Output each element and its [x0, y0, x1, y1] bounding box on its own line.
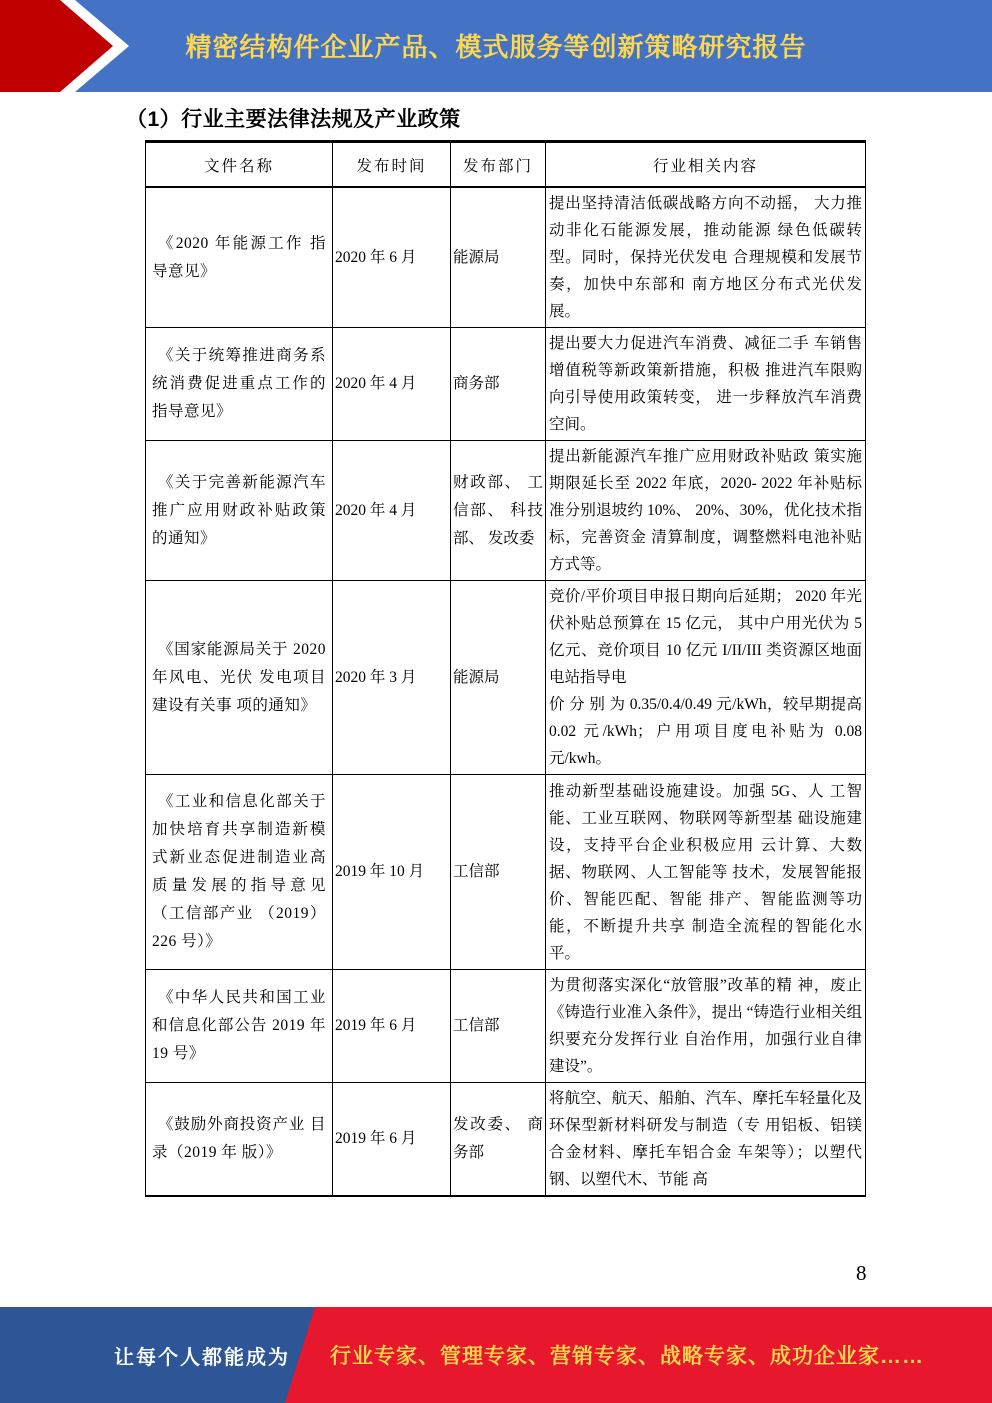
table-row: 《国家能源局关于 2020 年风电、光伏 发电项目建设有关事 项的通知》 202… — [146, 581, 866, 775]
document-name-cell: 《关于完善新能源汽车推广应用财政补贴政策的通知》 — [146, 441, 333, 581]
industry-content-cell: 推动新型基础设施建设。加强 5G、人 工智能、工业互联网、物联网等新型基 础设施… — [546, 775, 866, 970]
policy-table: 文件名称 发布时间 发布部门 行业相关内容 《2020 年能源工作 指导意见》 … — [145, 140, 866, 1197]
document-name-cell: 《鼓励外商投资产业 目录（2019 年 版）》 — [146, 1083, 333, 1197]
table-row: 《鼓励外商投资产业 目录（2019 年 版）》 2019 年 6 月 发改委、 … — [146, 1083, 866, 1197]
publish-dept-cell: 工信部 — [451, 775, 546, 970]
publish-dept-cell: 财政部、 工信部、 科技部、 发改委 — [451, 441, 546, 581]
industry-content-cell: 为贯彻落实深化“放管服”改革的精 神，废止《铸造行业准入条件》，提出 “铸造行业… — [546, 970, 866, 1083]
industry-content-cell: 提出坚持清洁低碳战略方向不动摇， 大力推动非化石能源发展，推动能源 绿色低碳转型… — [546, 187, 866, 328]
column-header-publish-date: 发布时间 — [333, 142, 451, 188]
publish-date-cell: 2020 年 4 月 — [333, 328, 451, 441]
column-header-publish-dept: 发布部门 — [451, 142, 546, 188]
document-name-cell: 《国家能源局关于 2020 年风电、光伏 发电项目建设有关事 项的通知》 — [146, 581, 333, 775]
publish-dept-cell: 商务部 — [451, 328, 546, 441]
header-banner: 精密结构件企业产品、模式服务等创新策略研究报告 — [0, 0, 992, 92]
industry-content-cell: 提出要大力促进汽车消费、减征二手 车销售增值税等新政策新措施，积极 推进汽车限购… — [546, 328, 866, 441]
publish-date-cell: 2020 年 4 月 — [333, 441, 451, 581]
industry-content-cell: 将航空、航天、船舶、汽车、摩托车轻量化及环保型新材料研发与制造（专 用铝板、铝镁… — [546, 1083, 866, 1197]
publish-dept-cell: 工信部 — [451, 970, 546, 1083]
table-row: 《关于统筹推进商务系统消费促进重点工作的指导意见》 2020 年 4 月 商务部… — [146, 328, 866, 441]
table-header-row: 文件名称 发布时间 发布部门 行业相关内容 — [146, 142, 866, 188]
industry-content-cell: 竞价/平价项目申报日期向后延期； 2020 年光伏补贴总预算在 15 亿元， 其… — [546, 581, 866, 775]
publish-dept-cell: 发改委、 商务部 — [451, 1083, 546, 1197]
footer-experts-text: 行业专家、管理专家、营销专家、战略专家、成功企业家…… — [330, 1340, 924, 1370]
document-name-cell: 《关于统筹推进商务系统消费促进重点工作的指导意见》 — [146, 328, 333, 441]
publish-date-cell: 2019 年 6 月 — [333, 970, 451, 1083]
publish-date-cell: 2020 年 3 月 — [333, 581, 451, 775]
document-name-cell: 《中华人民共和国工业和信息化部公告 2019 年 19 号》 — [146, 970, 333, 1083]
industry-content-cell: 提出新能源汽车推广应用财政补贴政 策实施期限延长至 2022 年底，2020- … — [546, 441, 866, 581]
report-page: 精密结构件企业产品、模式服务等创新策略研究报告 （1）行业主要法律法规及产业政策… — [0, 0, 992, 1403]
publish-date-cell: 2020 年 6 月 — [333, 187, 451, 328]
publish-date-cell: 2019 年 6 月 — [333, 1083, 451, 1197]
column-header-document-name: 文件名称 — [146, 142, 333, 188]
table-row: 《2020 年能源工作 指导意见》 2020 年 6 月 能源局 提出坚持清洁低… — [146, 187, 866, 328]
footer-slogan: 让每个人都能成为 — [114, 1341, 290, 1370]
column-header-industry-content: 行业相关内容 — [546, 142, 866, 188]
table-row: 《工业和信息化部关于加快培育共享制造新模式新业态促进制造业高质量发展的指导意见（… — [146, 775, 866, 970]
table-row: 《中华人民共和国工业和信息化部公告 2019 年 19 号》 2019 年 6 … — [146, 970, 866, 1083]
section-heading: （1）行业主要法律法规及产业政策 — [126, 103, 461, 133]
publish-date-cell: 2019 年 10 月 — [333, 775, 451, 970]
footer-banner: 让每个人都能成为 行业专家、管理专家、营销专家、战略专家、成功企业家…… — [0, 1307, 992, 1403]
table-row: 《关于完善新能源汽车推广应用财政补贴政策的通知》 2020 年 4 月 财政部、… — [146, 441, 866, 581]
publish-dept-cell: 能源局 — [451, 187, 546, 328]
report-title: 精密结构件企业产品、模式服务等创新策略研究报告 — [0, 27, 992, 64]
document-name-cell: 《工业和信息化部关于加快培育共享制造新模式新业态促进制造业高质量发展的指导意见（… — [146, 775, 333, 970]
publish-dept-cell: 能源局 — [451, 581, 546, 775]
page-number: 8 — [856, 1261, 867, 1286]
document-name-cell: 《2020 年能源工作 指导意见》 — [146, 187, 333, 328]
